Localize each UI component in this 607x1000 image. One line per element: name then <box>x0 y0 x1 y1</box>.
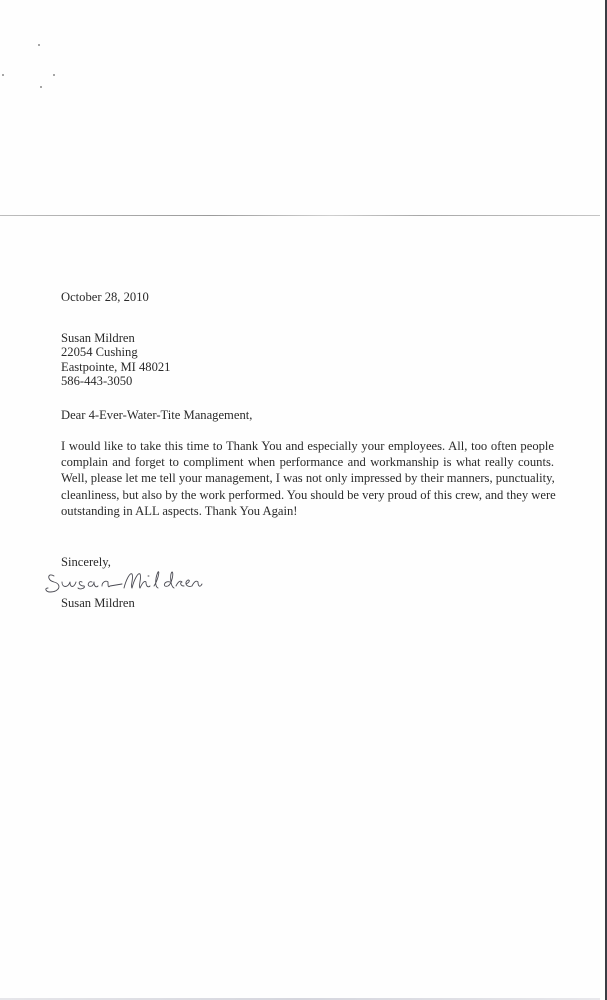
signer-name: Susan Mildren <box>61 595 135 611</box>
salutation: Dear 4-Ever-Water-Tite Management, <box>61 407 252 423</box>
sender-address-block: Susan Mildren 22054 Cushing Eastpointe, … <box>61 331 170 388</box>
scan-speck <box>38 44 40 46</box>
scan-speck <box>40 86 42 88</box>
body-line: I would like to take this time to Thank … <box>61 438 554 454</box>
letter-date: October 28, 2010 <box>61 289 149 305</box>
sender-phone: 586-443-3050 <box>61 374 170 388</box>
sender-street: 22054 Cushing <box>61 345 170 359</box>
body-line: cleanliness, but also by the work perfor… <box>61 487 554 503</box>
body-line: Well, please let me tell your management… <box>61 470 554 486</box>
scan-speck <box>2 74 4 76</box>
body-line: outstanding in ALL aspects. Thank You Ag… <box>61 503 554 519</box>
body-line: complain and forget to compliment when p… <box>61 454 554 470</box>
scan-speck <box>53 74 55 76</box>
letter-body: I would like to take this time to Thank … <box>61 438 554 519</box>
scanned-letter-page: October 28, 2010 Susan Mildren 22054 Cus… <box>0 0 607 1000</box>
paper-fold-line <box>0 215 600 216</box>
sender-name: Susan Mildren <box>61 331 170 345</box>
handwritten-signature-icon <box>44 566 204 598</box>
sender-city-state-zip: Eastpointe, MI 48021 <box>61 360 170 374</box>
